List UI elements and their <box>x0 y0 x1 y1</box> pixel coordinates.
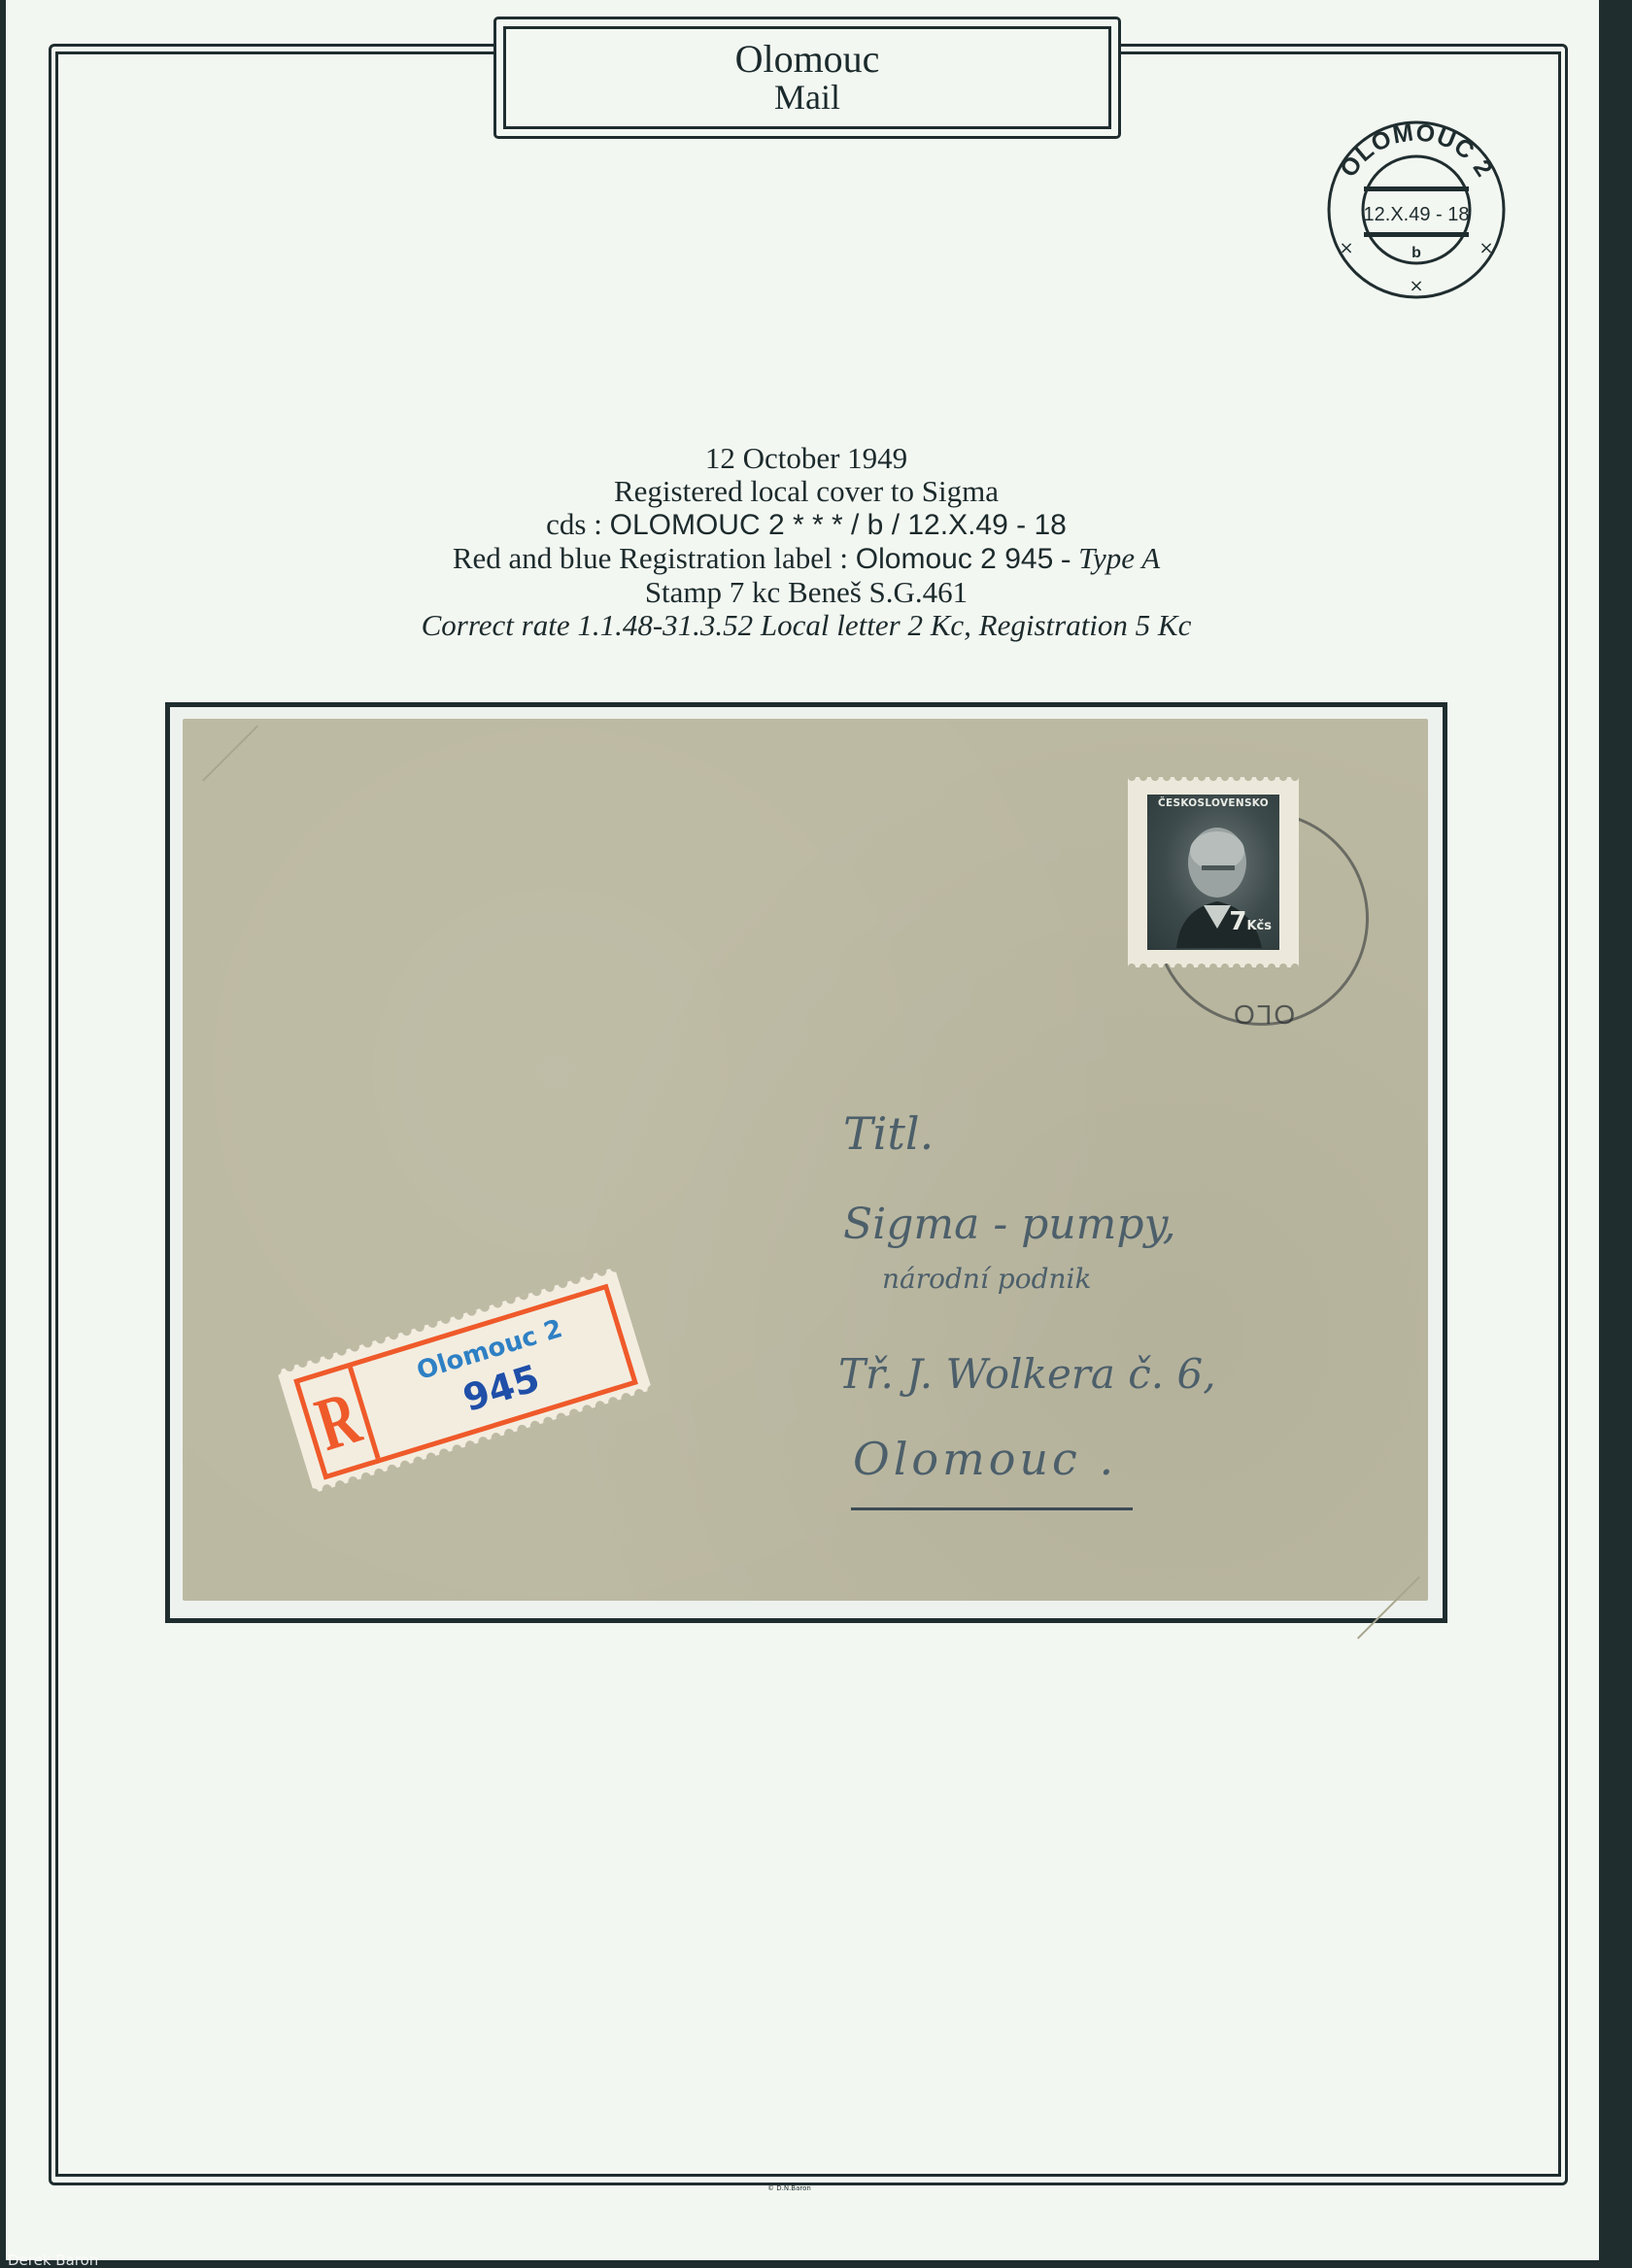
address-line: Titl. <box>843 1107 934 1160</box>
scan-edge-left <box>0 0 6 2268</box>
caption-stamp: Stamp 7 kc Beneš S.G.461 <box>194 576 1418 609</box>
caption-description: Registered local cover to Sigma <box>194 475 1418 508</box>
caption-rate: Correct rate 1.1.48-31.3.52 Local letter… <box>194 609 1418 642</box>
registration-r-box: R <box>299 1367 380 1473</box>
caption-label: Red and blue Registration label : Olomou… <box>194 542 1418 576</box>
address-line: Tř. J. Wolkera č. 6, <box>838 1350 1216 1398</box>
address-line: národní podnik <box>882 1263 1091 1295</box>
caption-label-prefix: Red and blue Registration label : <box>453 541 856 575</box>
copyright-notice: © D.N.Baron <box>767 2184 811 2192</box>
stamp-denomination: 7 <box>1229 907 1246 936</box>
caption-label-value: Olomouc 2 945 <box>856 543 1053 575</box>
postmark-code: b <box>1411 245 1421 261</box>
cover-mount: ČESKOSLOVENSKO 7Kčs OLO R Olomouc 2 945 <box>165 702 1447 1623</box>
page-subtitle: Mail <box>774 79 840 116</box>
address-line: Olomouc . <box>853 1433 1117 1485</box>
caption-label-type: - Type A <box>1053 541 1160 575</box>
postmark-ornament-bottom: × <box>1409 276 1423 296</box>
caption-cds: cds : OLOMOUC 2 * * * / b / 12.X.49 - 18 <box>194 508 1418 542</box>
scan-edge-right <box>1599 0 1632 2268</box>
postmark-town: OLOMOUC 2 <box>1335 118 1498 182</box>
postmark-ornament-left: × <box>1339 238 1353 258</box>
caption-date: 12 October 1949 <box>194 442 1418 475</box>
scan-edge-bottom <box>0 2260 1632 2268</box>
page-title-inner: Olomouc Mail <box>503 26 1111 129</box>
postmark-icon: OLOMOUC 2 12.X.49 - 18 b × × × <box>1321 115 1512 305</box>
stamp-design: ČESKOSLOVENSKO 7Kčs <box>1147 795 1279 950</box>
page-title-box: Olomouc Mail <box>493 17 1121 139</box>
postage-stamp: ČESKOSLOVENSKO 7Kčs <box>1128 777 1299 967</box>
caption-cds-value: OLOMOUC 2 * * * / b / 12.X.49 - 18 <box>610 509 1067 541</box>
stamp-currency: Kčs <box>1246 919 1272 933</box>
cover-description: 12 October 1949 Registered local cover t… <box>194 442 1418 642</box>
address-underline <box>851 1507 1133 1510</box>
envelope: ČESKOSLOVENSKO 7Kčs OLO R Olomouc 2 945 <box>183 719 1428 1601</box>
registration-r-icon: R <box>308 1379 368 1463</box>
stamp-country: ČESKOSLOVENSKO <box>1147 797 1279 809</box>
watermark: Derek Baron <box>8 2251 98 2268</box>
page-title: Olomouc <box>735 40 880 79</box>
address-line: Sigma - pumpy, <box>843 1200 1176 1249</box>
postmark-date: 12.X.49 - 18 <box>1364 204 1470 225</box>
stamp-value: 7Kčs <box>1229 907 1272 936</box>
stamp-cancel-text: OLO <box>1232 999 1295 1030</box>
postmark-ornament-right: × <box>1479 238 1493 258</box>
svg-text:OLOMOUC 2: OLOMOUC 2 <box>1335 118 1498 182</box>
caption-cds-label: cds : <box>546 507 609 541</box>
envelope-corner-fold <box>202 726 258 782</box>
registration-label: R Olomouc 2 945 <box>277 1268 653 1494</box>
registration-label-frame: R Olomouc 2 945 <box>293 1284 638 1480</box>
